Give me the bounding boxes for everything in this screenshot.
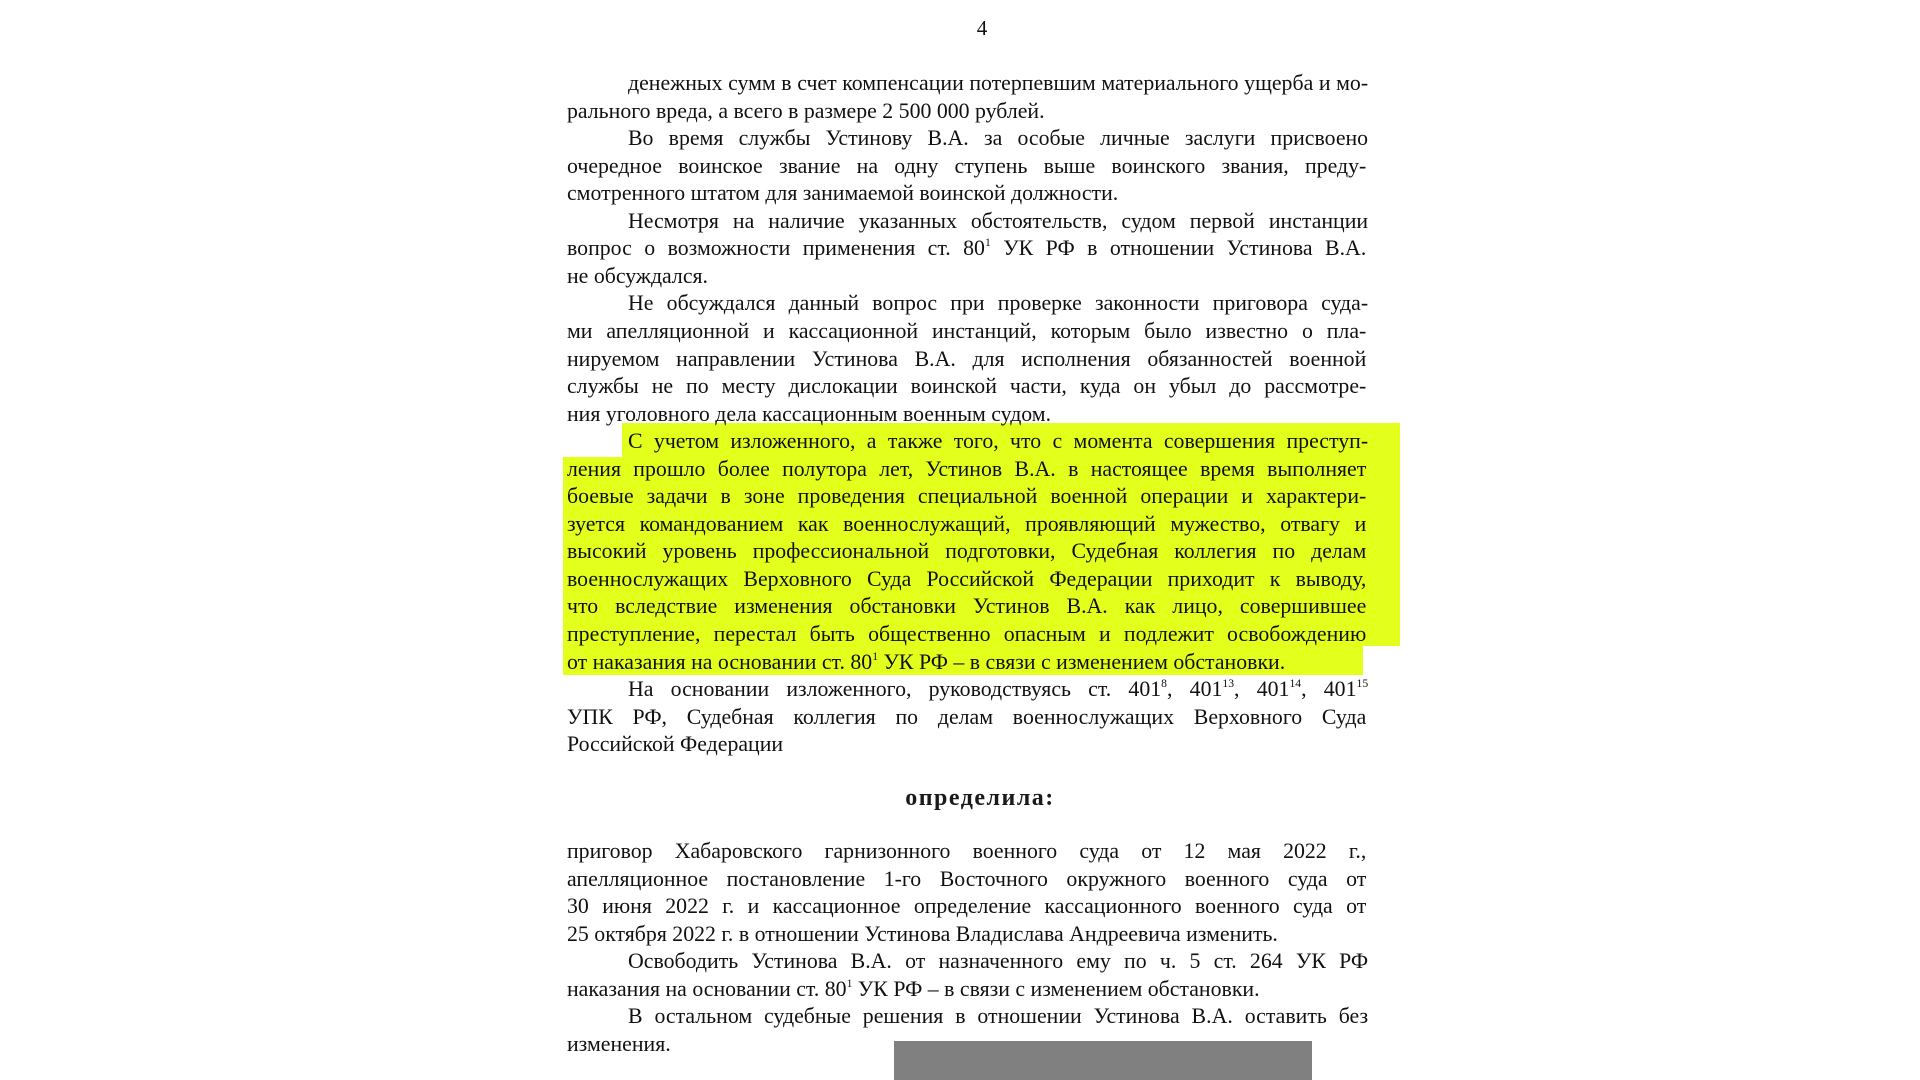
text-line: С учетом изложенного, а также того, что …	[628, 427, 1368, 455]
redaction-block	[894, 1041, 1312, 1080]
text-line: смотренного штатом для занимаемой воинск…	[567, 179, 1366, 207]
superscript: 13	[1222, 676, 1234, 690]
superscript: 8	[1161, 676, 1167, 690]
text-line: Освободить Устинова В.А. от назначенного…	[628, 947, 1368, 975]
superscript: 1	[847, 976, 853, 990]
text-line: наказания на основании ст. 801 УК РФ – в…	[567, 975, 1366, 1003]
text-line: Российской Федерации	[567, 730, 1366, 758]
text-line: нируемом направлении Устинова В.А. для и…	[567, 345, 1366, 373]
page-number: 4	[960, 14, 1004, 42]
text-line: преступление, перестал быть общественно …	[567, 620, 1366, 648]
text-line: УПК РФ, Судебная коллегия по делам военн…	[567, 703, 1366, 731]
decision-heading: определила:	[880, 784, 1080, 812]
superscript: 1	[872, 649, 878, 663]
text-line: высокий уровень профессиональной подгото…	[567, 537, 1366, 565]
superscript: 14	[1289, 676, 1301, 690]
text-line: вопрос о возможности применения ст. 801 …	[567, 234, 1366, 262]
text-line: Несмотря на наличие указанных обстоятель…	[628, 207, 1368, 235]
superscript: 1	[985, 235, 991, 249]
text-line: боевые задачи в зоне проведения специаль…	[567, 482, 1366, 510]
text-line: зуется командованием как военнослужащий,…	[567, 510, 1366, 538]
text-line: приговор Хабаровского гарнизонного военн…	[567, 837, 1366, 865]
text-line: 30 июня 2022 г. и кассационное определен…	[567, 892, 1366, 920]
text-line: денежных сумм в счет компенсации потерпе…	[628, 69, 1368, 97]
text-line: апелляционное постановление 1-го Восточн…	[567, 865, 1366, 893]
text-line: не обсуждался.	[567, 262, 1366, 290]
text-line: службы не по месту дислокации воинской ч…	[567, 372, 1366, 400]
text-line: от наказания на основании ст. 801 УК РФ …	[567, 648, 1366, 676]
superscript: 15	[1357, 676, 1369, 690]
text-line: ния уголовного дела кассационным военным…	[567, 400, 1366, 428]
text-line: рального вреда, а всего в размере 2 500 …	[567, 97, 1366, 125]
text-line: ления прошло более полутора лет, Устинов…	[567, 455, 1366, 483]
text-line: Во время службы Устинову В.А. за особые …	[628, 124, 1368, 152]
text-line: военнослужащих Верховного Суда Российско…	[567, 565, 1366, 593]
text-line: очередное воинское звание на одну ступен…	[567, 152, 1366, 180]
text-line: ми апелляционной и кассационной инстанци…	[567, 317, 1366, 345]
text-line: На основании изложенного, руководствуясь…	[628, 675, 1368, 703]
text-line: Не обсуждался данный вопрос при проверке…	[628, 289, 1368, 317]
text-line: 25 октября 2022 г. в отношении Устинова …	[567, 920, 1366, 948]
text-line: В остальном судебные решения в отношении…	[628, 1002, 1368, 1030]
text-line: что вследствие изменения обстановки Усти…	[567, 592, 1366, 620]
